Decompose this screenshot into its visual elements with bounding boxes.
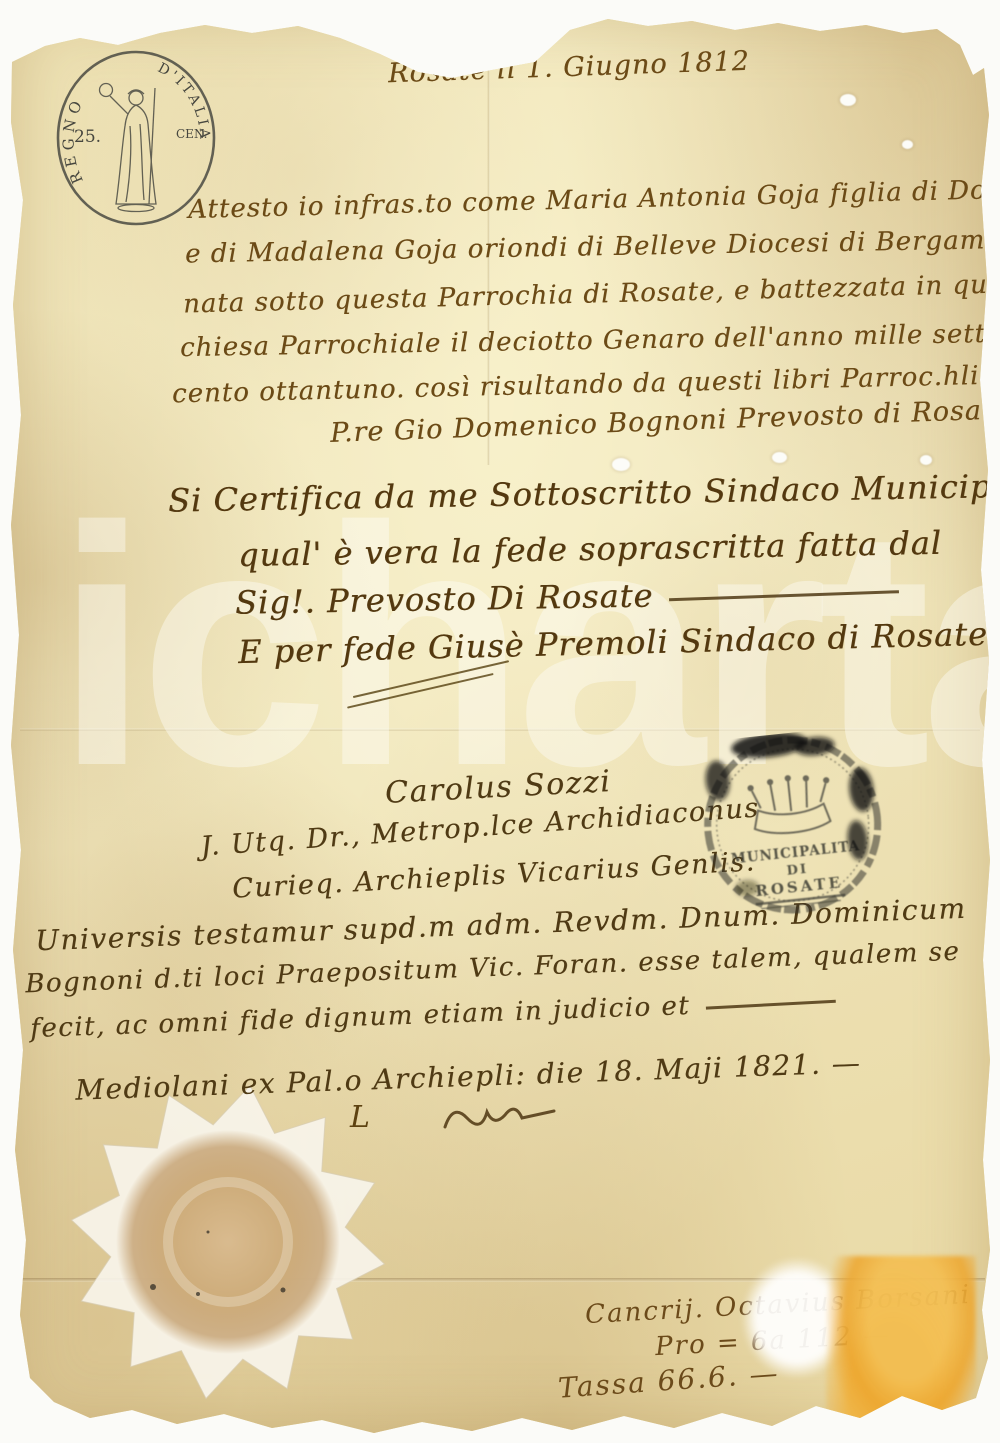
curia-body-text: fecit, ac omni fide dignum etiam in judi… [30,991,691,1044]
paper-hole [840,94,856,106]
paraph-squiggle-icon [440,1095,570,1140]
orange-stain [826,1256,976,1443]
curia-signatory: Carolus Sozzi [384,764,612,811]
ink-rule [706,999,836,1009]
paper-hole [612,458,630,471]
dateline: Rosate li 1. Giugno 1812 [388,46,751,90]
curia-title-line: Curieq. Archieplis Vicarius Genlis. [232,846,757,904]
document-scan: icharta REGNO D'IT [0,0,1000,1443]
paper-hole [772,452,787,463]
certificate-line: Sig!. Prevosto Di Rosate [235,572,900,622]
crown-icon [747,771,834,836]
paper-hole [902,140,913,149]
municipal-stamp-icon: MUNICIPALITA DI ROSATE [684,723,903,933]
attestation-line: nata sotto questa Parrochia di Rosate, e… [183,268,1000,319]
ink-rule [669,590,899,601]
ink-mark: L [350,1100,370,1135]
paper-hole [920,455,932,465]
attestation-line: chiesa Parrochiale il deciotto Genaro de… [180,319,1000,363]
allegorical-figure-icon [100,84,157,212]
certificate-line: qual' è vera la fede soprascritta fatta … [238,524,943,574]
paper-sheet: icharta REGNO D'IT [0,0,1000,1443]
revenue-stamp-unit: CEN. [176,127,208,141]
certificate-line: Si Certifica da me Sottoscritto Sindaco … [168,466,1000,519]
certificate-line-text: Sig!. Prevosto Di Rosate [235,576,654,621]
mayor-signature: E per fede Giusè Premoli Sindaco di Rosa… [238,615,989,671]
attestation-line: Attesto io infras.to come Maria Antonia … [188,173,1000,225]
attestation-line: e di Madalena Goja oriondi di Belleve Di… [185,225,1000,270]
revenue-stamp-value: 25. [74,127,101,147]
